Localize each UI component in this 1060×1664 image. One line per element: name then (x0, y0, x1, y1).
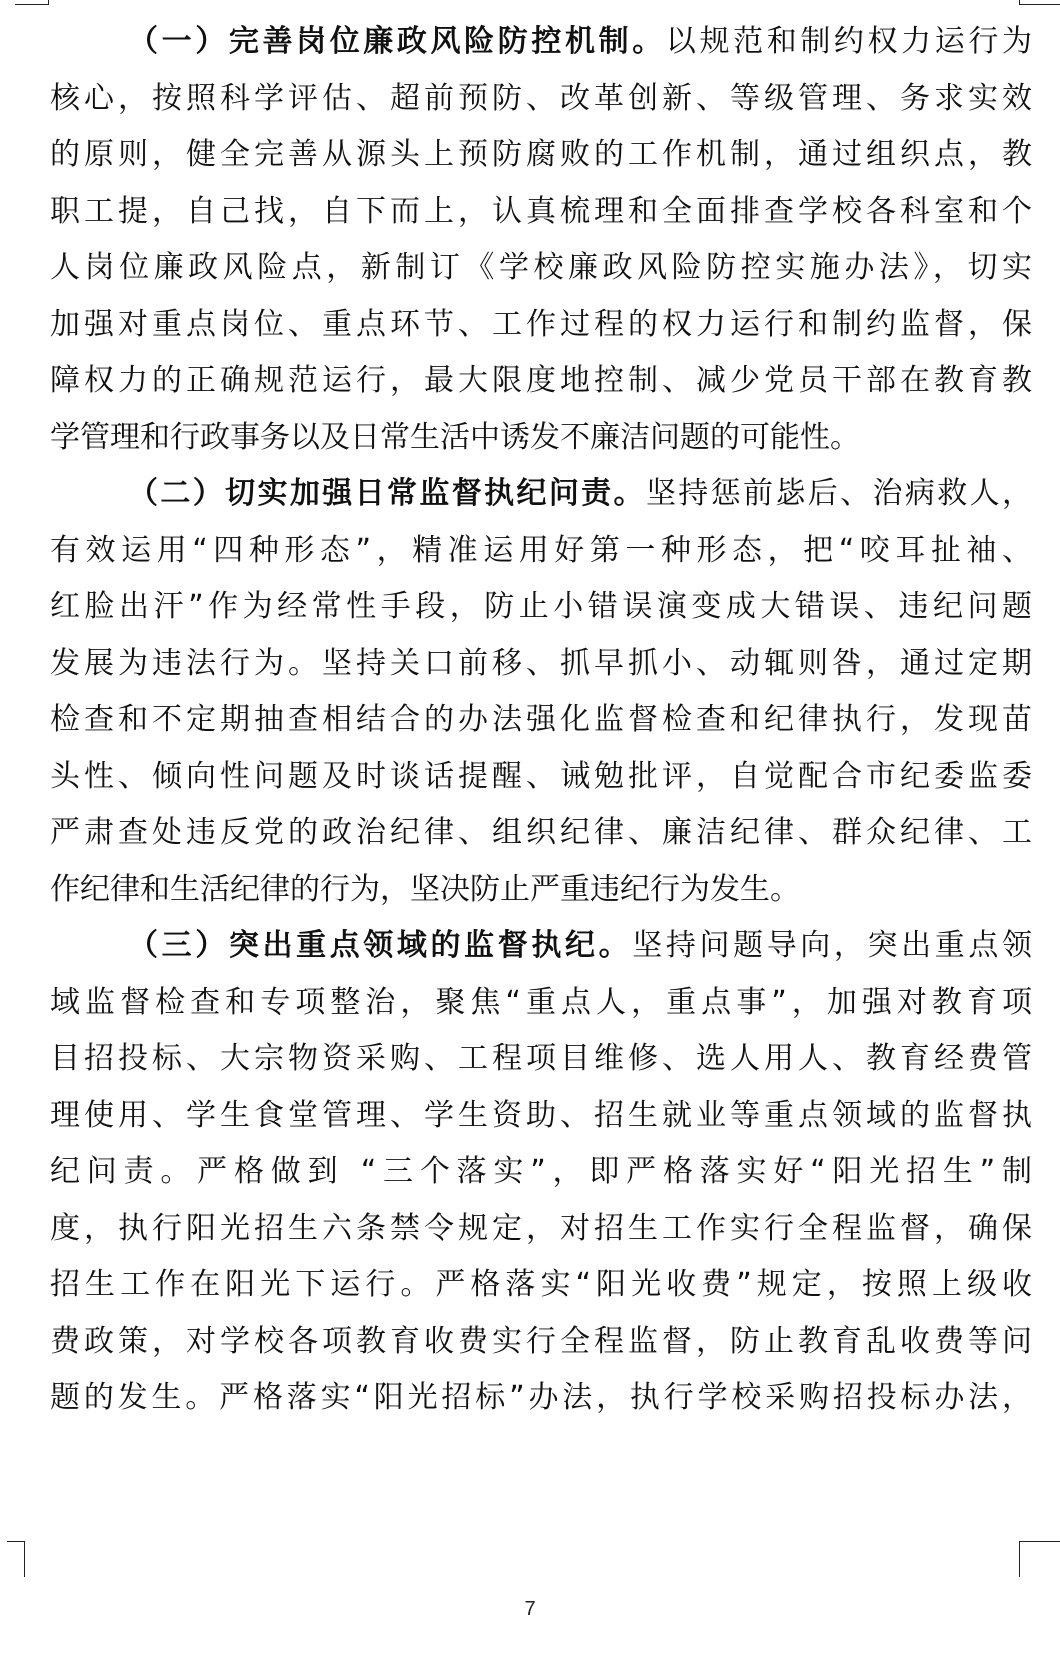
document-body: （一）完善岗位廉政风险防控机制。以规范和制约权力运行为 核心，按照科学评估、超前… (50, 14, 1032, 1427)
paragraph-1-line-1: （一）完善岗位廉政风险防控机制。以规范和制约权力运行为 (50, 14, 1032, 71)
paragraph-line: 头性、倾向性问题及时谈话提醒、诫勉批评，自觉配合市纪委监委 (50, 749, 1032, 806)
paragraph-2-line-1: （二）切实加强日常监督执纪问责。坚持惩前毖后、治病救人， (50, 466, 1032, 523)
paragraph-text: 以规范和制约权力运行为 (666, 24, 1032, 59)
crop-mark-top-left (15, 0, 49, 5)
paragraph-line: 题的发生。严格落实“阳光招标”办法，执行学校采购招投标办法， (50, 1370, 1032, 1427)
paragraph-line: 学管理和行政事务以及日常生活中诱发不廉洁问题的可能性。 (50, 410, 1032, 467)
paragraph-line: 人岗位廉政风险点，新制订《学校廉政风险防控实施办法》，切实 (50, 240, 1032, 297)
paragraph-line: 的原则，健全完善从源头上预防腐败的工作机制，通过组织点，教 (50, 127, 1032, 184)
paragraph-3-line-1: （三）突出重点领域的监督执纪。坚持问题导向，突出重点领 (50, 918, 1032, 975)
paragraph-line: 障权力的正确规范运行，最大限度地控制、减少党员干部在教育教 (50, 353, 1032, 410)
paragraph-line: 纪问责。严格做到 “三个落实”，即严格落实好“阳光招生”制 (50, 1144, 1032, 1201)
section-heading-2: （二）切实加强日常监督执纪问责。 (128, 476, 646, 511)
crop-mark-top-right (1019, 0, 1060, 5)
paragraph-line: 严肃查处违反党的政治纪律、组织纪律、廉洁纪律、群众纪律、工 (50, 805, 1032, 862)
paragraph-line: 目招投标、大宗物资采购、工程项目维修、选人用人、教育经费管 (50, 1031, 1032, 1088)
paragraph-line: 招生工作在阳光下运行。严格落实“阳光收费”规定，按照上级收 (50, 1257, 1032, 1314)
paragraph-line: 检查和不定期抽查相结合的办法强化监督检查和纪律执行，发现苗 (50, 692, 1032, 749)
crop-mark-bottom-left (7, 1541, 25, 1577)
paragraph-line: 域监督检查和专项整治，聚焦“重点人，重点事”，加强对教育项 (50, 975, 1032, 1032)
paragraph-line: 发展为违法行为。坚持关口前移、抓早抓小、动辄则咎，通过定期 (50, 636, 1032, 693)
paragraph-line: 职工提，自己找，自下而上，认真梳理和全面排查学校各科室和个 (50, 184, 1032, 241)
paragraph-line: 加强对重点岗位、重点环节、工作过程的权力运行和制约监督，保 (50, 297, 1032, 354)
paragraph-line: 核心，按照科学评估、超前预防、改革创新、等级管理、务求实效 (50, 71, 1032, 128)
section-heading-1: （一）完善岗位廉政风险防控机制。 (128, 24, 666, 59)
paragraph-line: 红脸出汗”作为经常性手段，防止小错误演变成大错误、违纪问题 (50, 579, 1032, 636)
paragraph-line: 有效运用“四种形态”，精准运用好第一种形态，把“咬耳扯袖、 (50, 523, 1032, 580)
page-number: 7 (0, 1598, 1060, 1621)
paragraph-line: 费政策，对学校各项教育收费实行全程监督，防止教育乱收费等问 (50, 1314, 1032, 1371)
paragraph-line: 度，执行阳光招生六条禁令规定，对招生工作实行全程监督，确保 (50, 1201, 1032, 1258)
paragraph-line: 作纪律和生活纪律的行为，坚决防止严重违纪行为发生。 (50, 862, 1032, 919)
paragraph-text: 坚持惩前毖后、治病救人， (646, 476, 1032, 511)
document-page: （一）完善岗位廉政风险防控机制。以规范和制约权力运行为 核心，按照科学评估、超前… (0, 0, 1060, 1664)
section-heading-3: （三）突出重点领域的监督执纪。 (128, 928, 632, 963)
crop-mark-bottom-right (1019, 1541, 1060, 1577)
paragraph-text: 坚持问题导向，突出重点领 (632, 928, 1032, 963)
paragraph-line: 理使用、学生食堂管理、学生资助、招生就业等重点领域的监督执 (50, 1088, 1032, 1145)
